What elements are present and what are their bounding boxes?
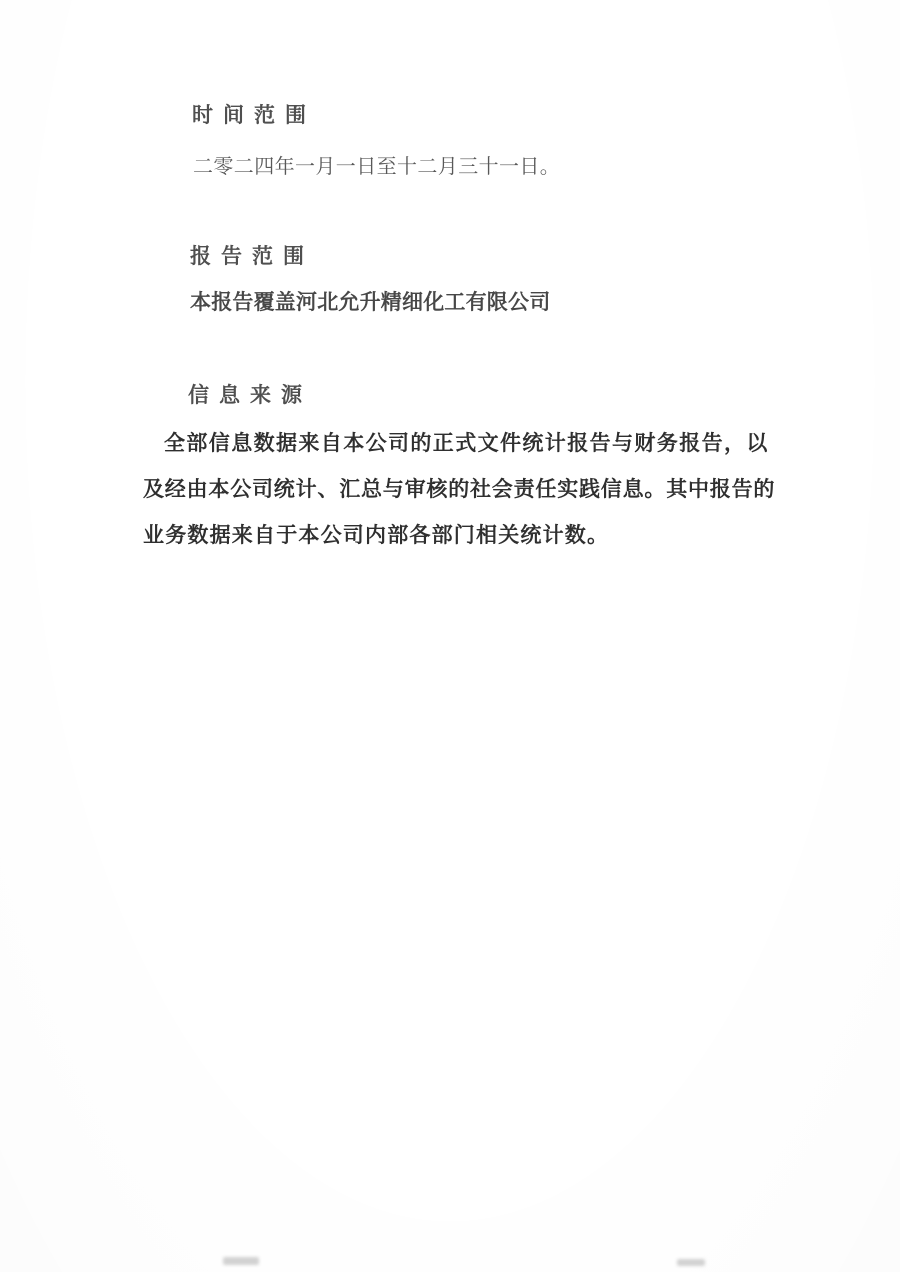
scanned-report-page: 时间范围 二零二四年一月一日至十二月三十一日。 报告范围 本报告覆盖河北允升精细… xyxy=(0,0,900,1272)
information-source-line-1: 全部信息数据来自本公司的正式文件统计报告与财务报告，以 xyxy=(164,433,769,454)
information-source-line-3: 业务数据来自于本公司内部各部门相关统计数。 xyxy=(143,525,609,546)
section-heading-time-range: 时间范围 xyxy=(192,105,316,126)
scan-smudge-bottom-right xyxy=(677,1259,705,1266)
time-range-text: 二零二四年一月一日至十二月三十一日。 xyxy=(193,157,560,177)
section-heading-report-scope: 报告范围 xyxy=(190,246,314,267)
report-scope-text: 本报告覆盖河北允升精细化工有限公司 xyxy=(190,292,550,313)
section-heading-information-source: 信息来源 xyxy=(188,385,312,406)
scan-smudge-bottom-left xyxy=(223,1257,259,1265)
information-source-line-2: 及经由本公司统计、汇总与审核的社会责任实践信息。其中报告的 xyxy=(143,479,775,500)
